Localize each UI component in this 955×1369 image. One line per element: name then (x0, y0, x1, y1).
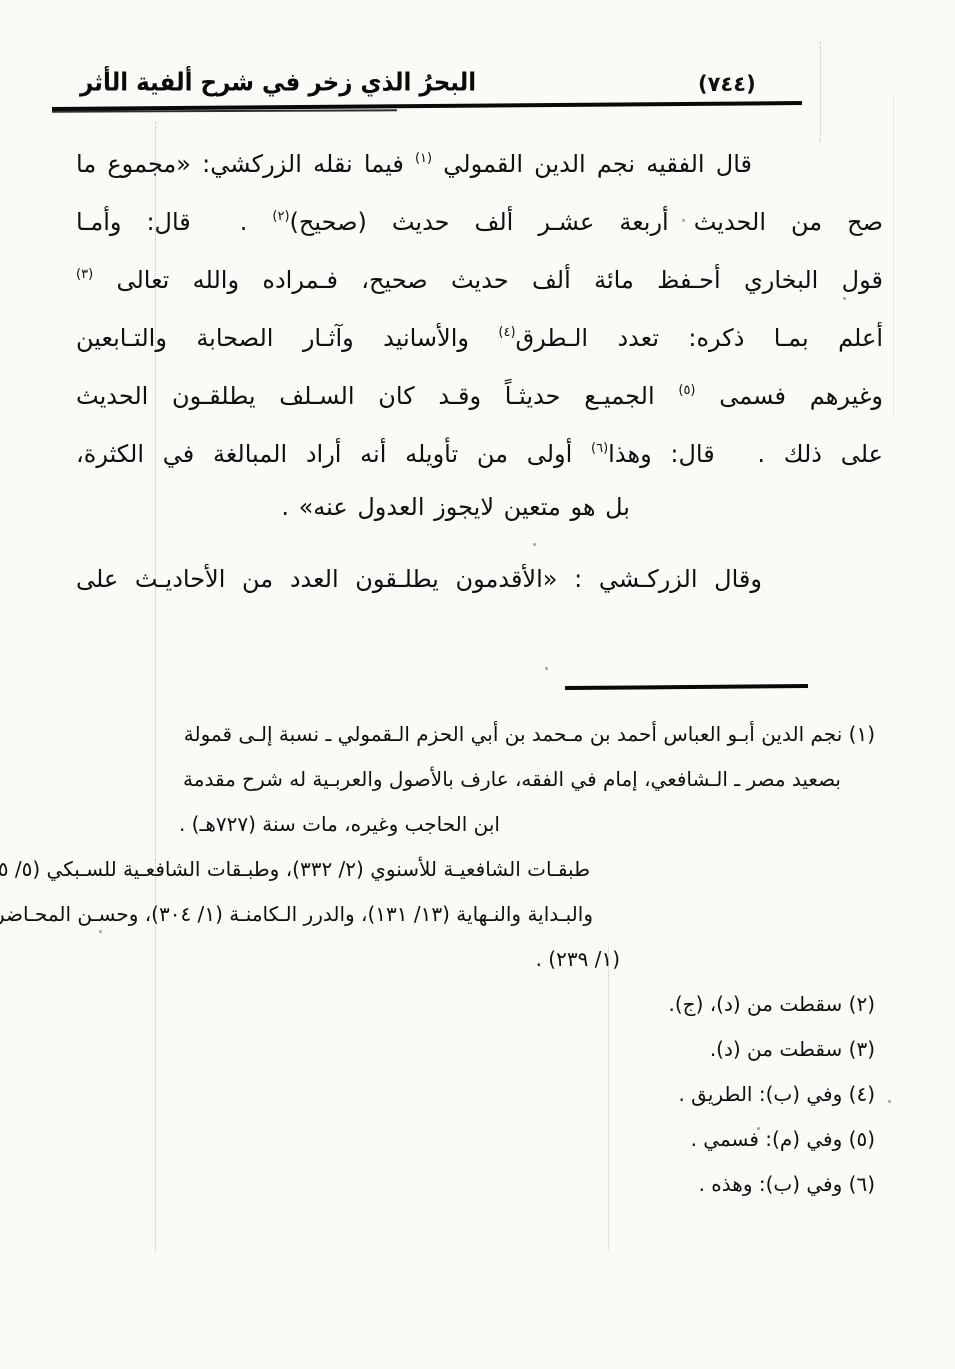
body-line-4: أعلم بمـا ذكره: تعدد الـطرق(٤) والأسانيد… (76, 304, 883, 362)
book-title: البحرُ الذي زخر في شرح ألفية الأثر (80, 69, 476, 97)
scan-speck (888, 1100, 891, 1103)
text-segment: فيما نقله الزركشي: «مجموع ما (76, 150, 415, 178)
scan-speck (99, 930, 102, 933)
scan-artifact-dotted-line (608, 945, 609, 1250)
footnote-ref-6: (٦) (591, 441, 608, 456)
body-line-7: بل هو متعين لايجوز العدول عنه» . (76, 478, 883, 536)
footnote-1-line-4: طبقـات الشافعيـة للأسنوي (٢/ ٣٣٢)، وطبـق… (80, 847, 875, 892)
footnote-1-line-6: (١/ ٢٣٩) . (80, 937, 875, 982)
body-line-2: صح من الحديث أربعة عشـر ألف حديث (صحيح)(… (76, 188, 883, 246)
body-line-8: وقال الزركـشي : «الأقدمون يطلـقون العدد … (76, 550, 883, 608)
text-segment: قال الفقيه نجم الدين القمولي (432, 150, 752, 178)
scan-speck (545, 667, 548, 670)
scan-speck (682, 219, 685, 222)
footnote-ref-2: (٢) (272, 209, 289, 224)
footnote-1-line-3: ابن الحاجب وغيره، مات سنة (٧٢٧هـ) . (80, 802, 875, 847)
text-segment: والأسانيد وآثـار الصحابة والتـابعين (76, 324, 498, 352)
text-segment: صح من الحديث أربعة عشـر ألف حديث (صحيح) (290, 208, 884, 236)
footnote-3: (٣) سقطت من (د). (80, 1027, 875, 1072)
footnote-ref-5: (٥) (678, 383, 695, 398)
body-line-3: قول البخاري أحـفظ مائة ألف حديث صحيح، فـ… (76, 246, 883, 304)
footnote-ref-4: (٤) (498, 325, 515, 340)
footnote-5: (٥) وفي (م): فسمي . (80, 1117, 875, 1162)
text-segment: على ذلك . قال: وهذا (608, 440, 883, 468)
header-rule-shadow (52, 109, 397, 113)
footnote-1-line-1: (١) نجم الدين أبـو العباس أحمد بن مـحمد … (80, 712, 875, 757)
footnote-ref-3: (٣) (76, 267, 93, 282)
scan-artifact-dotted-line (893, 95, 894, 415)
scan-speck (757, 1127, 760, 1130)
text-segment: أعلم بمـا ذكره: تعدد الـطرق (516, 324, 883, 352)
scan-speck (843, 297, 846, 300)
footnote-2: (٢) سقطت من (د)، (ج). (80, 982, 875, 1027)
footnote-separator (565, 684, 808, 690)
body-line-5: وغيرهم فسمى (٥) الجميـع حديثـاً وقـد كان… (76, 362, 883, 420)
body-line-6: على ذلك . قال: وهذا(٦) أولى من تأويله أن… (76, 420, 883, 478)
text-segment: الجميـع حديثـاً وقـد كان السـلف يطلقـون … (76, 382, 678, 410)
body-line-1: قال الفقيه نجم الدين القمولي (١) فيما نق… (76, 130, 883, 188)
scan-artifact-dotted-line (155, 122, 156, 1252)
text-segment: قول البخاري أحـفظ مائة ألف حديث صحيح، فـ… (93, 266, 883, 294)
page-number: (٧٤٤) (698, 72, 756, 96)
footnote-4: (٤) وفي (ب): الطريق . (80, 1072, 875, 1117)
scanned-book-page: البحرُ الذي زخر في شرح ألفية الأثر (٧٤٤)… (0, 0, 955, 1369)
footnotes-block: (١) نجم الدين أبـو العباس أحمد بن مـحمد … (80, 712, 875, 1207)
text-segment: أولى من تأويله أنه أراد المبالغة في الكث… (76, 440, 591, 468)
text-segment: وغيرهم فسمى (696, 382, 884, 410)
main-text-block: قال الفقيه نجم الدين القمولي (١) فيما نق… (76, 130, 883, 608)
scan-speck (533, 543, 536, 546)
footnote-1-line-5: والبـداية والنـهاية (١٣/ ١٣١)، والدرر ال… (80, 892, 875, 937)
footnote-6: (٦) وفي (ب): وهذه . (80, 1162, 875, 1207)
footnote-1-line-2: بصعيد مصر ـ الـشافعي، إمام في الفقه، عار… (80, 757, 875, 802)
scan-artifact-dotted-line (820, 42, 821, 142)
text-segment: . قال: وأمـا (76, 208, 272, 236)
footnote-ref-1: (١) (415, 151, 432, 166)
